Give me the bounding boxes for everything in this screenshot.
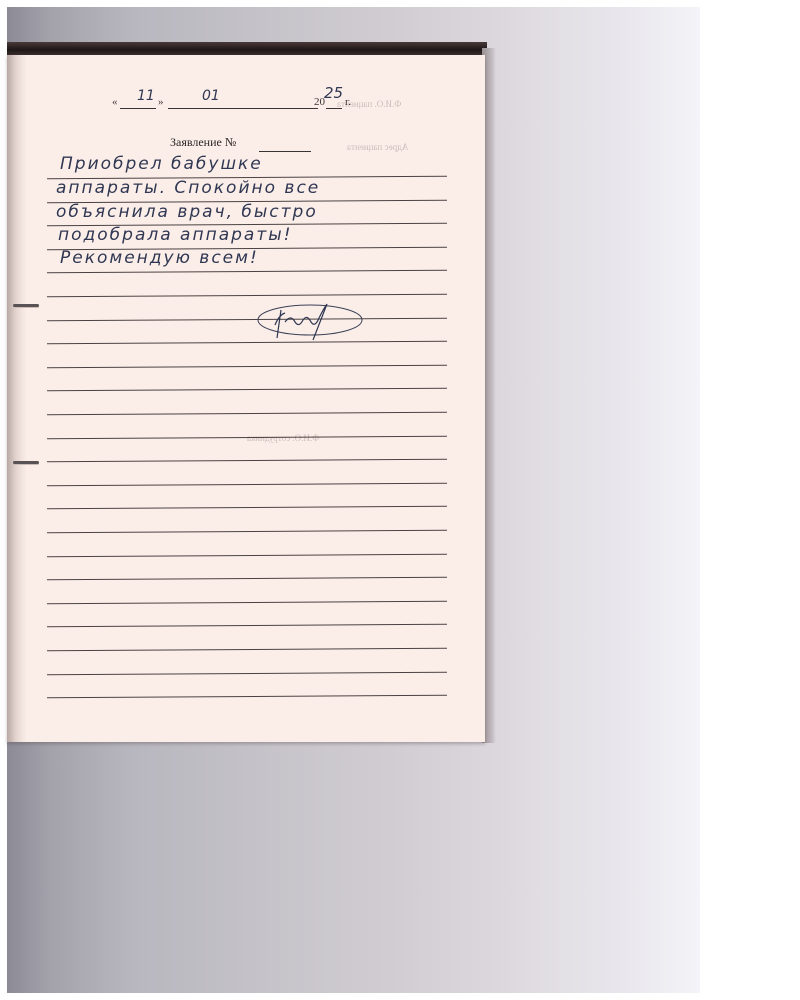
ruled-line bbox=[47, 624, 447, 627]
ruled-line bbox=[47, 294, 447, 297]
month-blank bbox=[168, 108, 318, 109]
ruled-line bbox=[47, 270, 447, 273]
handwritten-line: подобрала аппараты! bbox=[58, 225, 292, 245]
date-close-quote: » bbox=[158, 96, 164, 108]
day-value: 11 bbox=[137, 88, 155, 104]
handwritten-line: Приобрел бабушке bbox=[60, 154, 263, 174]
ruled-line bbox=[47, 695, 447, 698]
ruled-line bbox=[47, 601, 447, 604]
handwritten-line: Рекомендую всем! bbox=[60, 248, 259, 268]
ruled-line bbox=[47, 530, 447, 533]
ruled-line bbox=[47, 388, 447, 391]
binding-staple bbox=[13, 304, 39, 307]
ruled-line bbox=[47, 553, 447, 556]
ruled-line bbox=[47, 506, 447, 509]
ruled-line bbox=[47, 577, 447, 580]
page-binding-spine bbox=[7, 55, 27, 742]
year-suffix: г. bbox=[345, 96, 351, 108]
handwritten-line: аппараты. Спокойно все bbox=[56, 178, 320, 198]
ruled-line bbox=[47, 459, 447, 462]
ruled-line bbox=[47, 648, 447, 651]
ruled-line bbox=[47, 317, 447, 320]
year-value: 25 bbox=[324, 84, 343, 102]
binding-staple bbox=[13, 461, 39, 464]
day-blank bbox=[120, 108, 156, 109]
signature-mark: Прем bbox=[255, 298, 365, 342]
year-blank bbox=[326, 108, 342, 109]
ruled-line bbox=[47, 365, 447, 368]
handwritten-line: объяснила врач, быстро bbox=[56, 202, 318, 222]
show-through-text: Адрес пациента bbox=[347, 142, 408, 152]
statement-number-blank bbox=[259, 151, 311, 152]
ruled-line bbox=[47, 412, 447, 415]
signature: Прем bbox=[255, 298, 365, 342]
statement-title: Заявление № bbox=[170, 135, 236, 150]
ruled-line bbox=[47, 341, 447, 344]
show-through-text: Ф.И.О. сотрудника bbox=[247, 433, 319, 443]
ruled-line bbox=[47, 483, 447, 486]
ruled-line bbox=[47, 671, 447, 674]
page-top-edge bbox=[7, 42, 487, 55]
month-value: 01 bbox=[202, 88, 220, 104]
date-field: « 11 » 01 20 25 г. bbox=[112, 88, 452, 114]
date-open-quote: « bbox=[112, 96, 118, 108]
